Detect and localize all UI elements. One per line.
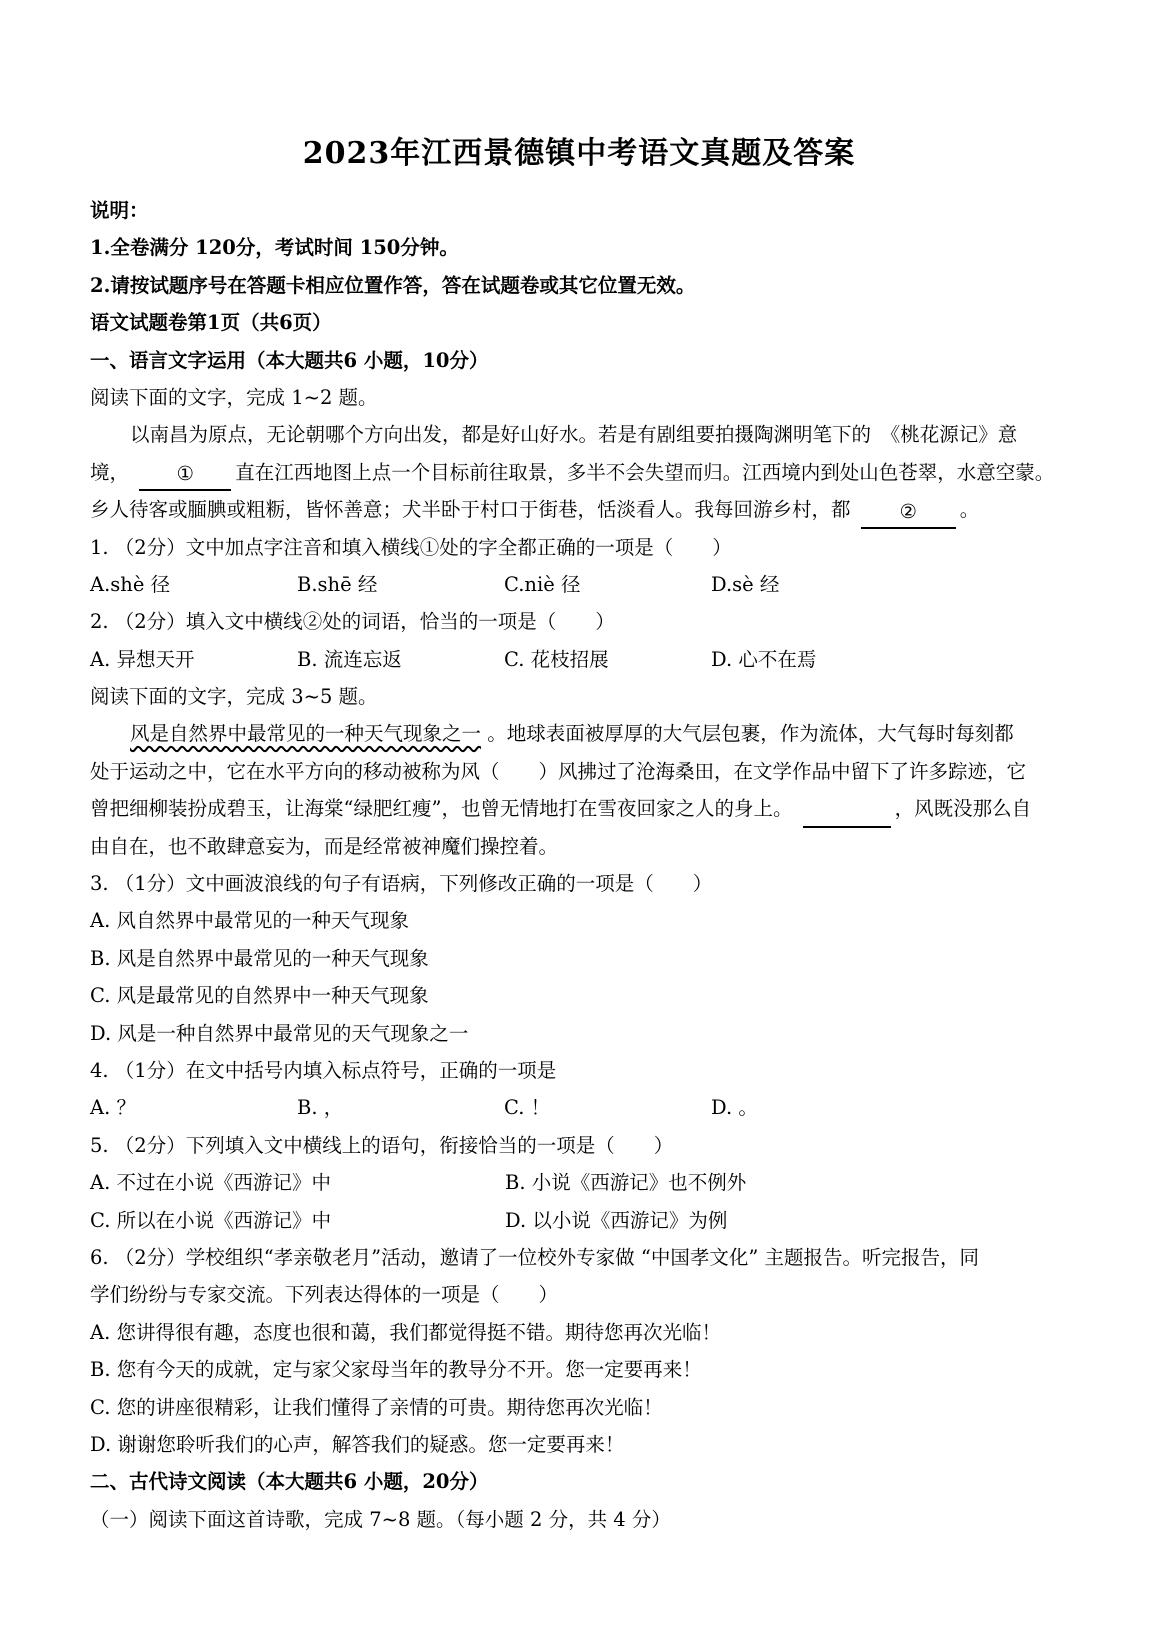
question-6-option-c: C. 您的讲座很精彩，让我们懂得了亲情的可贵。期待您再次光临！: [90, 1389, 1070, 1426]
text-segment: 乡人待客或腼腆或粗粝，皆怀善意；犬半卧于村口于街巷，恬淡看人。我每回游乡村，都: [90, 498, 857, 521]
passage-2-line-1: 风是自然界中最常见的一种天气现象之一 。地球表面被厚厚的大气层包裹，作为流体，大…: [90, 715, 1070, 752]
text-segment: 2.请按试题序号在答题卡相应位置作答，答在试题卷或其它位置无效。: [90, 274, 695, 297]
text-segment: 阅读下面的文字，完成 3~5 题。: [90, 685, 378, 708]
question-3-option-b: B. 风是自然界中最常见的一种天气现象: [90, 940, 1070, 977]
text-segment: 2. （2分）填入文中横线②处的词语，恰当的一项是（ ）: [90, 610, 615, 633]
option: A. 不过在小说《西游记》中: [90, 1164, 505, 1201]
passage-1-line-1: 以南昌为原点，无论朝哪个方向出发，都是好山好水。若是有剧组要拍摄陶渊明笔下的 《…: [90, 416, 1070, 453]
text-segment: 4. （1分）在文中括号内填入标点符号，正确的一项是: [90, 1059, 556, 1082]
option: C. ！: [504, 1089, 711, 1126]
option: C. 花枝招展: [504, 641, 711, 678]
question-6-stem-line-1: 6. （2分）学校组织“孝亲敬老月”活动，邀请了一位校外专家做 “中国孝文化” …: [90, 1239, 1070, 1276]
option: C.niè 径: [504, 566, 711, 603]
exam-note-1: 1.全卷满分 120分，考试时间 150分钟。: [90, 229, 1070, 266]
passage-1-line-3: 乡人待客或腼腆或粗粝，皆怀善意；犬半卧于村口于街巷，恬淡看人。我每回游乡村，都 …: [90, 491, 1070, 528]
text-segment: 语文试题卷第1页（共6页）: [90, 311, 332, 334]
option: B. 小说《西游记》也不例外: [505, 1164, 746, 1201]
passage-2-line-4: 由自在，也不敢肆意妄为，而是经常被神魔们操控着。: [90, 828, 1070, 865]
page-indicator: 语文试题卷第1页（共6页）: [90, 304, 1070, 341]
text-segment: B. 您有今天的成就，定与家父家母当年的教导分不开。您一定要再来！: [90, 1358, 702, 1381]
option: D. 。: [711, 1089, 758, 1126]
text-segment: A. 风自然界中最常见的一种天气现象: [90, 909, 409, 932]
option: A. ？: [90, 1089, 297, 1126]
question-3-option-c: C. 风是最常见的自然界中一种天气现象: [90, 977, 1070, 1014]
passage-2-intro: 阅读下面的文字，完成 3~5 题。: [90, 678, 1070, 715]
passage-3-intro: （一）阅读下面这首诗歌，完成 7~8 题。（每小题 2 分，共 4 分）: [90, 1501, 1070, 1538]
text-segment: （一）阅读下面这首诗歌，完成 7~8 题。（每小题 2 分，共 4 分）: [90, 1508, 671, 1531]
text-segment: 5. （2分）下列填入文中横线上的语句，衔接恰当的一项是（ ）: [90, 1134, 673, 1157]
text-segment: 6. （2分）学校组织“孝亲敬老月”活动，邀请了一位校外专家做 “中国孝文化” …: [90, 1246, 979, 1269]
question-5-options-row-2: C. 所以在小说《西游记》中D. 以小说《西游记》为例: [90, 1202, 1070, 1239]
exam-notes-heading: 说明：: [90, 192, 1070, 229]
question-3-option-a: A. 风自然界中最常见的一种天气现象: [90, 902, 1070, 939]
section-2-heading: 二、古代诗文阅读（本大题共6 小题，20分）: [90, 1463, 1070, 1500]
text-segment: 说明：: [90, 199, 149, 222]
exam-note-2: 2.请按试题序号在答题卡相应位置作答，答在试题卷或其它位置无效。: [90, 267, 1070, 304]
question-1-stem: 1. （2分）文中加点字注音和填入横线①处的字全都正确的一项是（ ）: [90, 529, 1070, 566]
option: B. 流连忘返: [297, 641, 504, 678]
question-6-option-a: A. 您讲得很有趣，态度也很和蔼，我们都觉得挺不错。期待您再次光临！: [90, 1314, 1070, 1351]
text-segment: 曾把细柳装扮成碧玉，让海棠“绿肥红瘦”，也曾无情地打在雪夜回家之人的身上。: [90, 797, 799, 820]
text-segment: 学们纷纷与专家交流。下列表达得体的一项是（ ）: [90, 1283, 558, 1306]
text-segment: 境，: [90, 461, 135, 484]
option: D. 心不在焉: [711, 641, 816, 678]
text-segment: ，风既没那么自: [895, 797, 1032, 820]
question-6-option-d: D. 谢谢您聆听我们的心声，解答我们的疑惑。您一定要再来！: [90, 1426, 1070, 1463]
text-segment: 处于运动之中，它在水平方向的移动被称为风（ ）风拂过了沧海桑田，在文学作品中留下…: [90, 760, 1026, 783]
text-segment: 阅读下面的文字，完成 1~2 题。: [90, 386, 378, 409]
passage-1-line-2: 境， ①直在江西地图上点一个目标前往取景，多半不会失望而归。江西境内到处山色苍翠…: [90, 454, 1070, 491]
text-segment: D. 谢谢您聆听我们的心声，解答我们的疑惑。您一定要再来！: [90, 1433, 624, 1456]
text-segment: 3. （1分）文中画波浪线的句子有语病，下列修改正确的一项是（ ）: [90, 872, 712, 895]
text-segment: C. 风是最常见的自然界中一种天气现象: [90, 984, 429, 1007]
question-2-stem: 2. （2分）填入文中横线②处的词语，恰当的一项是（ ）: [90, 603, 1070, 640]
section-1-heading: 一、语言文字运用（本大题共6 小题，10分）: [90, 342, 1070, 379]
text-segment: 。: [960, 498, 980, 521]
question-6-stem-line-2: 学们纷纷与专家交流。下列表达得体的一项是（ ）: [90, 1276, 1070, 1313]
text-segment: 以南昌为原点，无论朝哪个方向出发，都是好山好水。若是有剧组要拍摄陶渊明笔下的 《…: [130, 423, 1017, 446]
text-segment: D. 风是一种自然界中最常见的天气现象之一: [90, 1022, 468, 1045]
wavy-underlined-text: 风是自然界中最常见的一种天气现象之一: [130, 722, 481, 745]
text-segment: 由自在，也不敢肆意妄为，而是经常被神魔们操控着。: [90, 835, 558, 858]
option: B. ，: [297, 1089, 504, 1126]
fill-in-blank: ②: [861, 497, 956, 529]
fill-in-blank: ①: [139, 459, 231, 491]
exam-document-page: 2023年江西景德镇中考语文真题及答案 说明：1.全卷满分 120分，考试时间 …: [0, 0, 1158, 1638]
option: D. 以小说《西游记》为例: [505, 1202, 727, 1239]
document-content: 说明：1.全卷满分 120分，考试时间 150分钟。2.请按试题序号在答题卡相应…: [90, 192, 1070, 1538]
passage-2-line-2: 处于运动之中，它在水平方向的移动被称为风（ ）风拂过了沧海桑田，在文学作品中留下…: [90, 753, 1070, 790]
question-1-options: A.shè 径B.shē 经C.niè 径D.sè 经: [90, 566, 1070, 603]
option: A. 异想天开: [90, 641, 297, 678]
page-title: 2023年江西景德镇中考语文真题及答案: [0, 128, 1158, 172]
fill-in-blank: [803, 796, 891, 828]
question-6-option-b: B. 您有今天的成就，定与家父家母当年的教导分不开。您一定要再来！: [90, 1351, 1070, 1388]
text-segment: B. 风是自然界中最常见的一种天气现象: [90, 947, 429, 970]
question-5-stem: 5. （2分）下列填入文中横线上的语句，衔接恰当的一项是（ ）: [90, 1127, 1070, 1164]
option: A.shè 径: [90, 566, 297, 603]
text-segment: 1. （2分）文中加点字注音和填入横线①处的字全都正确的一项是（ ）: [90, 536, 732, 559]
text-segment: 二、古代诗文阅读（本大题共6 小题，20分）: [90, 1470, 489, 1493]
text-segment: C. 您的讲座很精彩，让我们懂得了亲情的可贵。期待您再次光临！: [90, 1396, 663, 1419]
question-2-options: A. 异想天开B. 流连忘返C. 花枝招展D. 心不在焉: [90, 641, 1070, 678]
question-3-stem: 3. （1分）文中画波浪线的句子有语病，下列修改正确的一项是（ ）: [90, 865, 1070, 902]
text-segment: 1.全卷满分 120分，考试时间 150分钟。: [90, 236, 459, 259]
text-segment: 。地球表面被厚厚的大气层包裹，作为流体，大气每时每刻都: [481, 722, 1014, 745]
question-5-options-row-1: A. 不过在小说《西游记》中B. 小说《西游记》也不例外: [90, 1164, 1070, 1201]
passage-1-intro: 阅读下面的文字，完成 1~2 题。: [90, 379, 1070, 416]
option: B.shē 经: [297, 566, 504, 603]
text-segment: 一、语言文字运用（本大题共6 小题，10分）: [90, 349, 489, 372]
question-3-option-d: D. 风是一种自然界中最常见的天气现象之一: [90, 1015, 1070, 1052]
passage-2-line-3: 曾把细柳装扮成碧玉，让海棠“绿肥红瘦”，也曾无情地打在雪夜回家之人的身上。 ，风…: [90, 790, 1070, 827]
question-4-stem: 4. （1分）在文中括号内填入标点符号，正确的一项是: [90, 1052, 1070, 1089]
option: C. 所以在小说《西游记》中: [90, 1202, 505, 1239]
question-4-options: A. ？B. ，C. ！D. 。: [90, 1089, 1070, 1126]
text-segment: 直在江西地图上点一个目标前往取景，多半不会失望而归。江西境内到处山色苍翠，水意空…: [235, 461, 1054, 484]
text-segment: A. 您讲得很有趣，态度也很和蔼，我们都觉得挺不错。期待您再次光临！: [90, 1321, 721, 1344]
option: D.sè 经: [711, 566, 779, 603]
